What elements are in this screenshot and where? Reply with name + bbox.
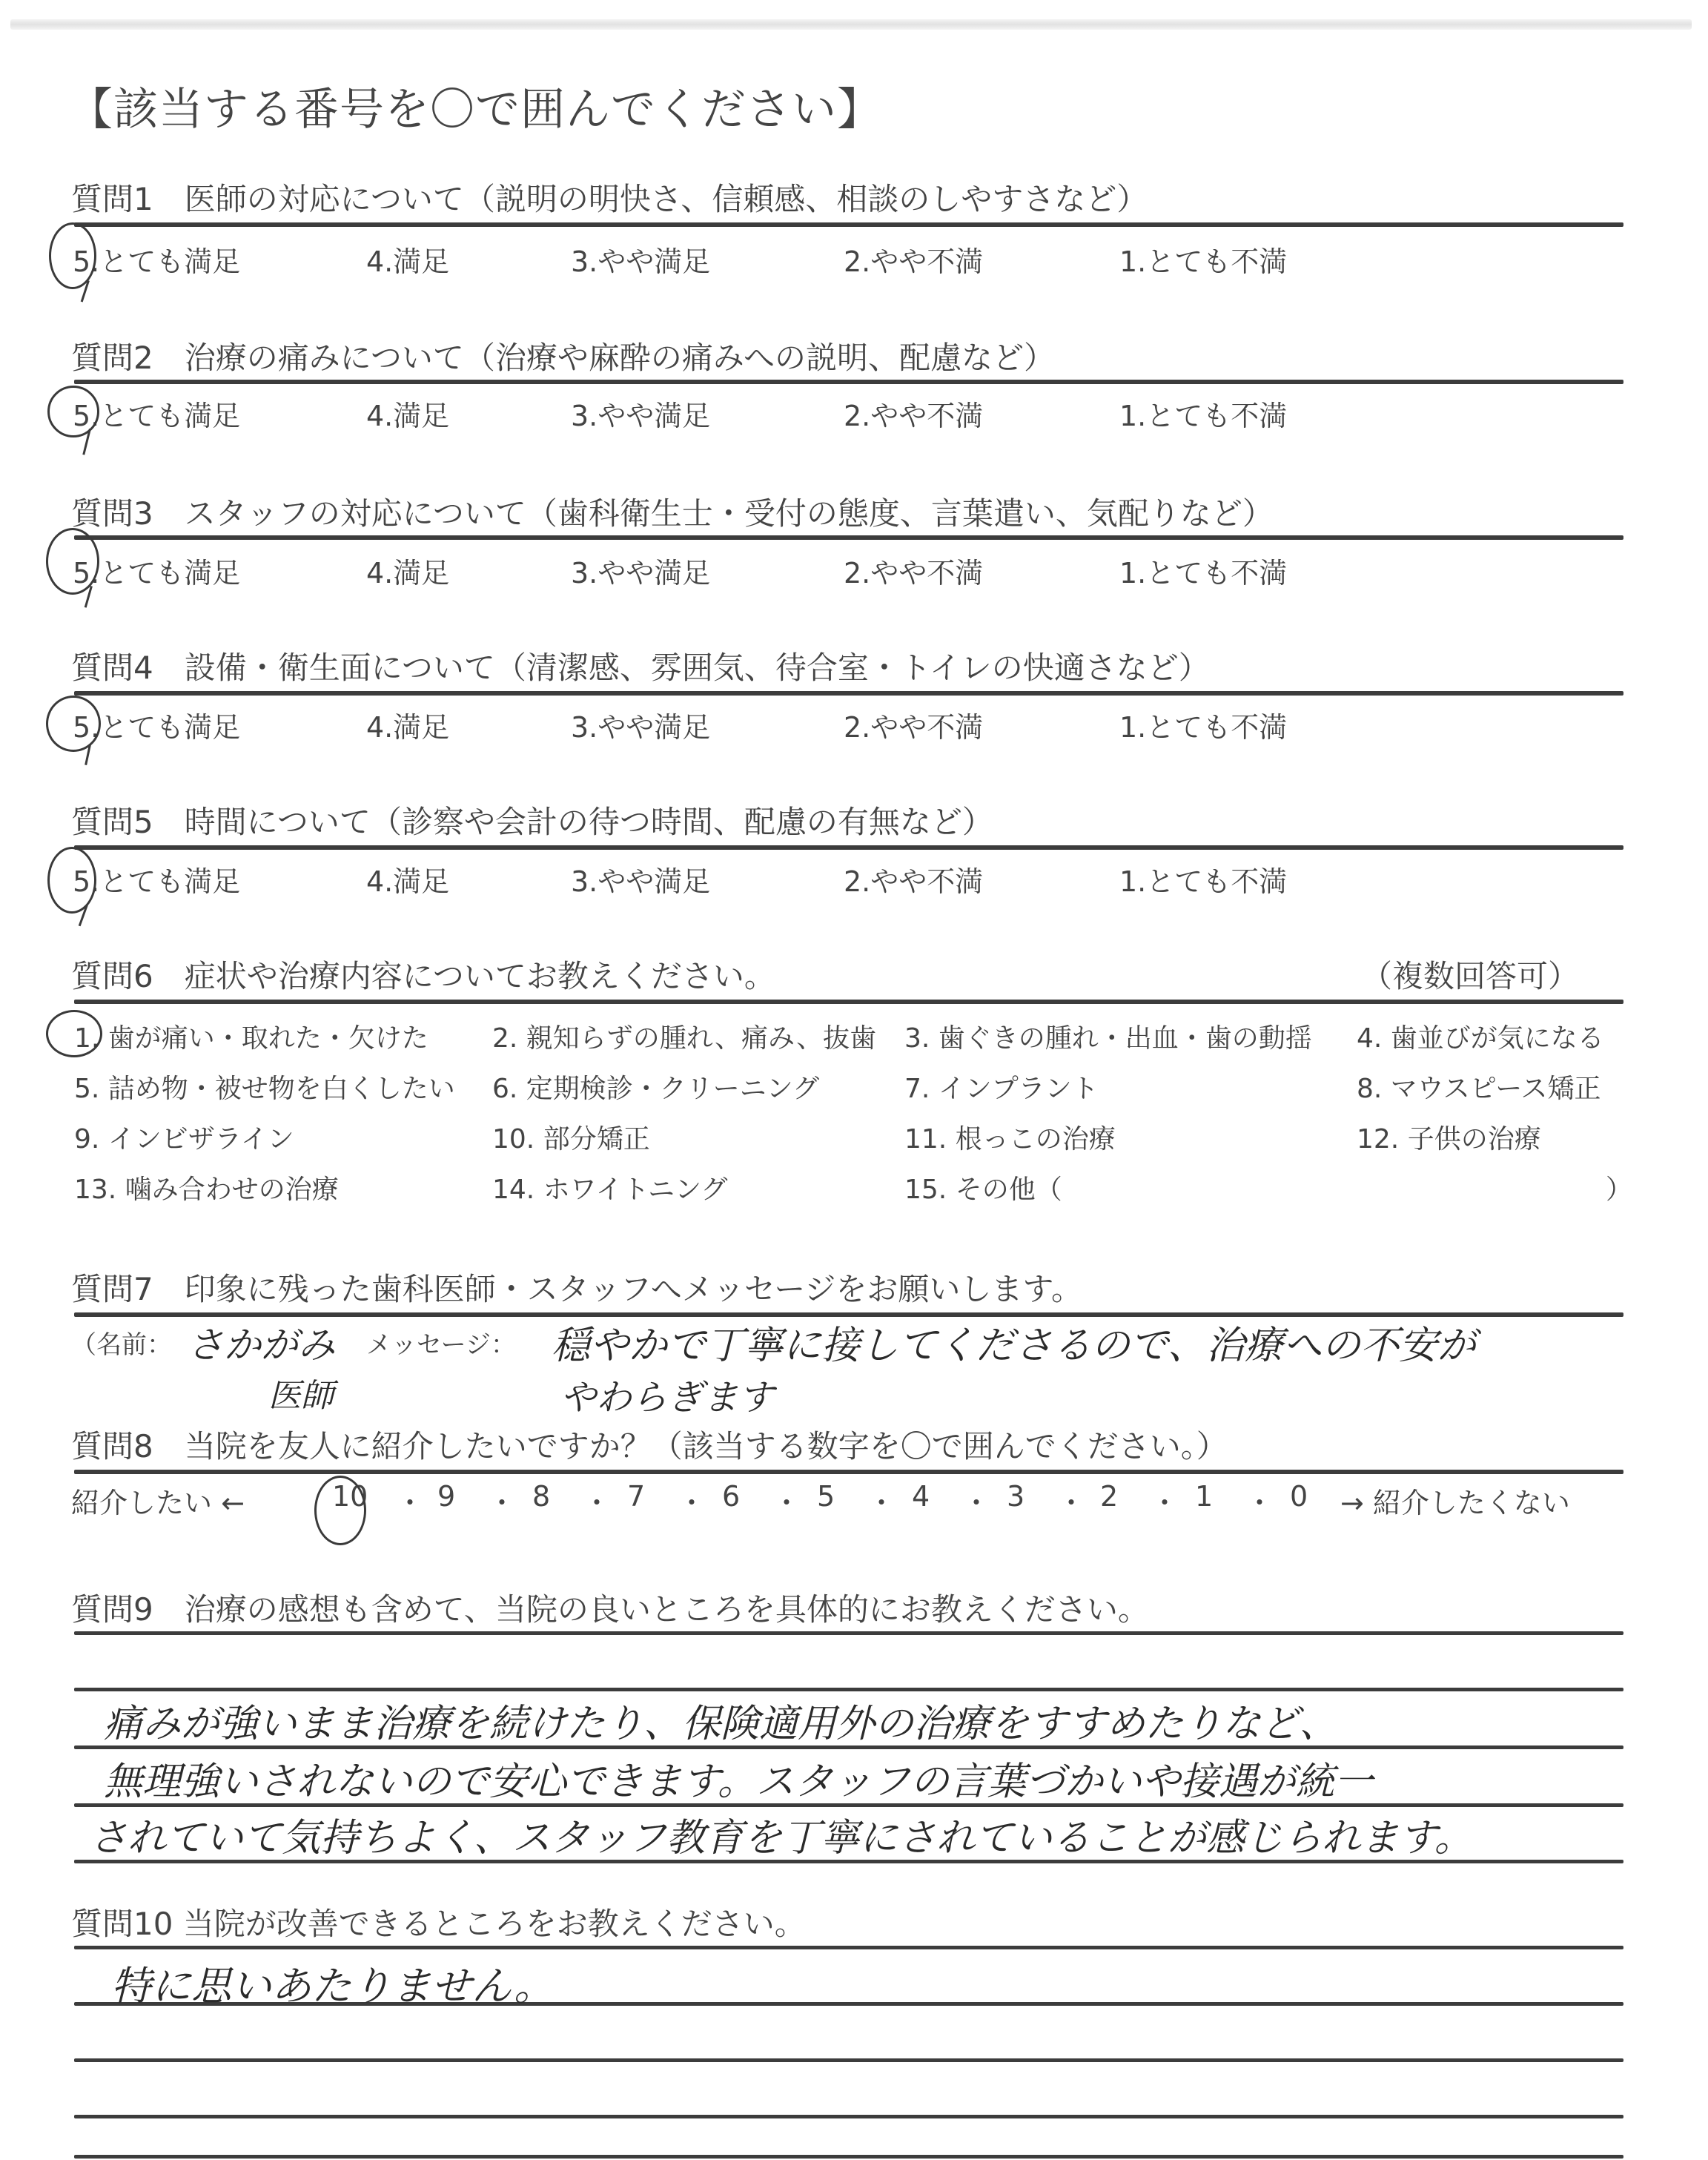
q6-option-13[interactable]: 13. 噛み合わせの治療 [74,1169,339,1206]
question-6-heading: 質問6 症状や治療内容についてお教えください。 [71,952,775,997]
answer-line [74,2058,1623,2062]
scale-8[interactable]: 8 [532,1480,550,1513]
q6-option-6[interactable]: 6. 定期検診・クリーニング [492,1068,819,1106]
selection-circle-icon [47,386,99,437]
scale-5[interactable]: 5 [817,1480,835,1513]
scale-2[interactable]: 2 [1100,1480,1118,1513]
separator-dot: ・ [1057,1480,1085,1521]
divider [74,845,1623,850]
name-label: （名前： [71,1324,172,1361]
divider [74,1000,1623,1004]
question-4-heading: 質問4 設備・衛生面について（清潔感、雰囲気、待合室・トイレの快適さなど） [71,644,1210,688]
option-3[interactable]: 3.やや満足 [571,393,710,434]
name-value-title[interactable]: 医師 [268,1369,334,1416]
message-line-2[interactable]: やわらぎます [560,1369,774,1420]
divider [74,691,1623,696]
answer-line [74,1688,1623,1691]
option-4[interactable]: 4.満足 [366,704,449,745]
option-3[interactable]: 3.やや満足 [571,239,710,280]
option-5[interactable]: 5.とても満足 [73,859,240,899]
option-5[interactable]: 5.とても満足 [73,239,240,280]
q6-option-1[interactable]: 1. 歯が痛い・取れた・欠けた [74,1017,428,1055]
option-2[interactable]: 2.やや不満 [844,859,983,899]
q6-option-8[interactable]: 8. マウスピース矯正 [1357,1068,1601,1106]
separator-dot: ・ [1245,1480,1274,1521]
separator-dot: ・ [867,1480,896,1521]
answer-line [74,2155,1623,2159]
selection-circle-icon [47,847,96,914]
question-8-heading: 質問8 当院を友人に紹介したいですか？（該当する数字を〇で囲んでください。） [71,1422,1228,1467]
q9-answer-line-2[interactable]: 無理強いされないので安心できます。スタッフの言葉づかいや接遇が統一 [104,1750,1373,1806]
q6-option-12[interactable]: 12. 子供の治療 [1357,1118,1541,1156]
q6-option-4[interactable]: 4. 歯並びが気になる [1357,1017,1604,1055]
q6-option-10[interactable]: 10. 部分矯正 [492,1118,650,1156]
q10-answer-line-1[interactable]: 特に思いあたりません。 [111,1955,554,2012]
q6-option-2[interactable]: 2. 親知らずの腫れ、痛み、抜歯 [492,1017,876,1055]
scale-right-label: → 紹介したくない [1340,1480,1570,1521]
name-value[interactable]: さかがみ [187,1315,335,1369]
message-line-1[interactable]: 穏やかで丁寧に接してくださるので、治療への不安が [552,1314,1476,1370]
question-9-heading: 質問9 治療の感想も含めて、当院の良いところを具体的にお教えください。 [71,1585,1149,1630]
option-2[interactable]: 2.やや不満 [844,550,983,591]
question-10-heading: 質問10 当院が改善できるところをお教えください。 [71,1900,806,1944]
scale-0[interactable]: 0 [1290,1480,1308,1513]
selection-circle-icon [46,528,99,595]
q6-option-14[interactable]: 14. ホワイトニング [492,1169,727,1206]
option-4[interactable]: 4.満足 [366,393,449,434]
divider [74,1631,1623,1635]
divider [74,1470,1623,1474]
separator-dot: ・ [1151,1480,1179,1521]
selection-circle-icon [46,696,101,752]
scale-6[interactable]: 6 [722,1480,740,1513]
option-3[interactable]: 3.やや満足 [571,550,710,591]
question-3-heading: 質問3 スタッフの対応について（歯科衛生士・受付の態度、言葉遣い、気配りなど） [71,489,1274,534]
scan-top-border [10,19,1692,30]
option-1[interactable]: 1.とても不満 [1119,859,1287,899]
q6-option-11[interactable]: 11. 根っこの治療 [904,1118,1116,1156]
option-1[interactable]: 1.とても不満 [1119,704,1287,745]
question-2-heading: 質問2 治療の痛みについて（治療や麻酔の痛みへの説明、配慮など） [71,334,1055,378]
separator-dot: ・ [678,1480,706,1521]
option-3[interactable]: 3.やや満足 [571,859,710,899]
option-2[interactable]: 2.やや不満 [844,239,983,280]
option-1[interactable]: 1.とても不満 [1119,239,1287,280]
q6-option-15[interactable]: 15. その他（ [904,1169,1062,1206]
answer-line [74,2115,1623,2118]
option-1[interactable]: 1.とても不満 [1119,550,1287,591]
separator-dot: ・ [396,1480,424,1521]
q6-option-9[interactable]: 9. インビザライン [74,1118,294,1156]
q9-answer-line-3[interactable]: されていて気持ちよく、スタッフ教育を丁寧にされていることが感じられます。 [89,1806,1473,1862]
selection-circle-icon [49,222,96,289]
q9-answer-line-1[interactable]: 痛みが強いまま治療を続けたり、保険適用外の治療をすすめたりなど、 [104,1692,1338,1748]
separator-dot: ・ [962,1480,990,1521]
option-2[interactable]: 2.やや不満 [844,704,983,745]
divider [74,222,1623,227]
page-title: 【該当する番号を〇で囲んでください】 [68,74,882,138]
option-4[interactable]: 4.満足 [366,859,449,899]
divider [74,535,1623,540]
answer-line [74,1946,1623,1949]
q6-option-7[interactable]: 7. インプラント [904,1068,1099,1106]
q6-option-5[interactable]: 5. 詰め物・被せ物を白くしたい [74,1068,455,1106]
option-1[interactable]: 1.とても不満 [1119,393,1287,434]
separator-dot: ・ [488,1480,516,1521]
question-1-heading: 質問1 医師の対応について（説明の明快さ、信頼感、相談のしやすさなど） [71,175,1148,219]
question-7-heading: 質問7 印象に残った歯科医師・スタッフへメッセージをお願いします。 [71,1265,1082,1309]
option-2[interactable]: 2.やや不満 [844,393,983,434]
scale-4[interactable]: 4 [912,1480,930,1513]
separator-dot: ・ [772,1480,801,1521]
multiple-answers-note: （複数回答可） [1361,952,1579,997]
selection-circle-icon [46,1010,102,1057]
option-4[interactable]: 4.満足 [366,239,449,280]
q6-option-15-close: ） [1606,1169,1632,1206]
scale-7[interactable]: 7 [627,1480,645,1513]
scale-9[interactable]: 9 [437,1480,455,1513]
separator-dot: ・ [583,1480,611,1521]
selection-circle-icon [314,1476,366,1545]
scale-3[interactable]: 3 [1007,1480,1025,1513]
option-3[interactable]: 3.やや満足 [571,704,710,745]
scale-left-label: 紹介したい ← [71,1480,245,1521]
option-4[interactable]: 4.満足 [366,550,449,591]
message-label: メッセージ： [366,1324,516,1361]
divider [74,380,1623,384]
question-5-heading: 質問5 時間について（診察や会計の待つ時間、配慮の有無など） [71,798,993,842]
q6-option-3[interactable]: 3. 歯ぐきの腫れ・出血・歯の動揺 [904,1017,1312,1055]
scale-1[interactable]: 1 [1195,1480,1213,1513]
